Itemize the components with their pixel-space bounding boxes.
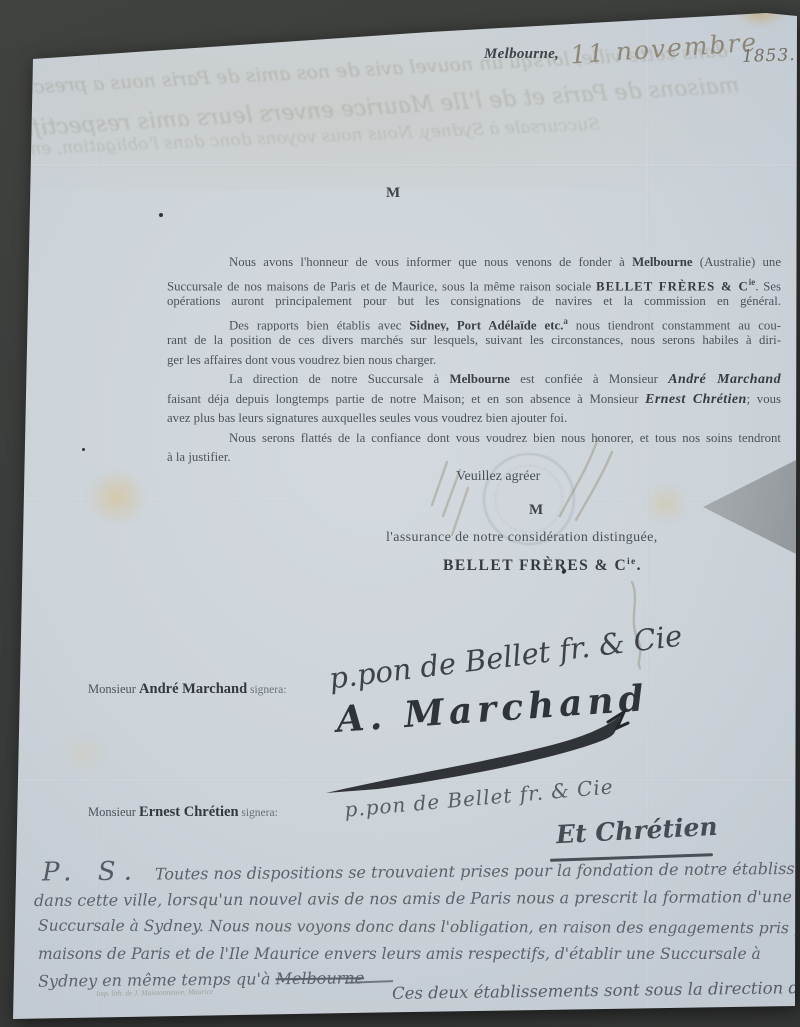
- marchand-name: André Marchand: [139, 681, 247, 697]
- text-segment: nous tiendront constamment au cou-: [568, 318, 781, 331]
- text-segment: ; vous: [747, 392, 781, 406]
- closing-veuillez: Veuillez agréer: [456, 469, 540, 485]
- chretien-signature-handwriting: Et Chrétien: [555, 812, 718, 849]
- text-segment: avez plus bas leurs signatures auxquelle…: [167, 411, 567, 425]
- body-line: opérations auront principalement pour bu…: [167, 292, 781, 312]
- label-suffix: signera:: [239, 807, 278, 819]
- ps-struck-word: Melbourne: [275, 968, 364, 988]
- dateline-year: 1853.: [742, 45, 796, 67]
- marchand-signature-label: Monsieur André Marchand signera:: [88, 681, 286, 698]
- text-segment: Nous serons flattés de la confiance dont…: [229, 431, 781, 445]
- label-prefix: Monsieur: [88, 682, 139, 696]
- text-segment: est confiée à Monsieur: [510, 372, 668, 386]
- text-segment: ger les affaires dont vous voudrez bien …: [167, 353, 436, 367]
- postscript-closing-line: Ces deux établissements sont sous la dir…: [392, 978, 800, 1003]
- firm-name: BELLET FRÈRES & C: [443, 557, 627, 574]
- melbourne-bold: Melbourne: [450, 372, 510, 386]
- firm-signature-printed: BELLET FRÈRES & Cie.: [443, 556, 642, 575]
- label-prefix: Monsieur: [88, 805, 139, 819]
- ps-text: Toutes nos dispositions se trouvaient pr…: [155, 858, 800, 883]
- text-segment: . Ses: [755, 279, 781, 292]
- melbourne-bold: Melbourne: [632, 255, 692, 269]
- firm-name-bold: BELLET FRÈRES & C: [596, 279, 749, 292]
- ps-label: P. S.: [42, 857, 141, 888]
- foxing-stain: [86, 468, 148, 526]
- postscript-line: dans cette ville, lorsqu'un nouvel avis …: [34, 887, 792, 910]
- body-line: rant de la position de ces divers marché…: [167, 331, 781, 351]
- text-segment: à la justifier.: [167, 450, 231, 464]
- letter-body: Nous avons l'honneur de vous informer qu…: [167, 253, 781, 468]
- text-segment: opérations auront principalement pour bu…: [167, 294, 781, 308]
- text-segment: (Australie) une: [693, 255, 781, 269]
- body-line: faisant déja depuis longtemps partie de …: [167, 390, 781, 410]
- text-segment: faisant déja depuis longtemps partie de …: [167, 392, 645, 406]
- text-segment: La direction de notre Succursale à: [229, 372, 450, 386]
- body-line: à la justifier.: [167, 448, 781, 468]
- letter-page-wrap: dans cette ville, lorsqu'un nouvel avis …: [0, 0, 800, 1027]
- closing-assurance: l'assurance de notre considération disti…: [386, 530, 658, 546]
- text-segment: rant de la position de ces divers marché…: [167, 333, 781, 347]
- foxing-stain: [60, 733, 108, 775]
- strike-line: [345, 980, 393, 984]
- photo-background: dans cette ville, lorsqu'un nouvel avis …: [0, 0, 800, 1027]
- dateline-place: Melbourne,: [484, 46, 559, 63]
- ports-bold: Sidney, Port Adélaïde etc.: [409, 318, 563, 331]
- text-segment: Des rapports bien établis avec: [229, 318, 409, 331]
- closing-salutation-m: M: [529, 502, 543, 519]
- foxing-stain: [735, 1, 787, 27]
- firm-period: .: [637, 557, 642, 574]
- printer-imprint: Imp. lith. de J. Maissonneuve, Maurice: [96, 987, 213, 998]
- postscript-line: P. S.Toutes nos dispositions se trouvaie…: [42, 850, 800, 887]
- letter-page: dans cette ville, lorsqu'un nouvel avis …: [0, 0, 800, 1027]
- body-line: Des rapports bien établis avec Sidney, P…: [167, 312, 781, 332]
- body-line: ger les affaires dont vous voudrez bien …: [167, 351, 781, 371]
- label-suffix: signera:: [247, 684, 286, 696]
- superscript: ie: [627, 556, 637, 566]
- chretien-signature-label: Monsieur Ernest Chrétien signera:: [88, 804, 278, 821]
- manager-name-fancy: André Marchand: [668, 372, 781, 387]
- ink-speck: [82, 448, 85, 451]
- body-line: avez plus bas leurs signatures auxquelle…: [167, 409, 781, 429]
- text-segment: Nous avons l'honneur de vous informer qu…: [229, 255, 632, 269]
- postscript-line: maisons de Paris et de l'Ile Maurice env…: [38, 945, 761, 963]
- ink-speck: [159, 213, 163, 217]
- text-segment: Succursale de nos maisons de Paris et de…: [167, 279, 596, 292]
- body-line: Nous serons flattés de la confiance dont…: [167, 429, 781, 449]
- postscript-line: Succursale à Sydney. Nous nous voyons do…: [38, 917, 800, 938]
- body-line: La direction de notre Succursale à Melbo…: [167, 370, 781, 390]
- body-line: Nous avons l'honneur de vous informer qu…: [167, 253, 781, 273]
- manager-name-fancy: Ernest Chrétien: [645, 392, 747, 407]
- fold-crease: [0, 165, 800, 167]
- addressee-salutation: M: [386, 185, 400, 202]
- chretien-name: Ernest Chrétien: [139, 804, 238, 820]
- body-line: Succursale de nos maisons de Paris et de…: [167, 273, 781, 293]
